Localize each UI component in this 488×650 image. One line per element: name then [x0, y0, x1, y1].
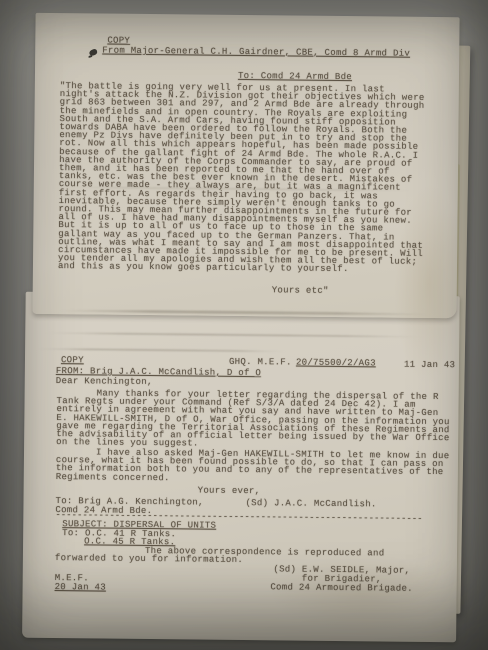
letter1-body: "The battle is going very well for us at… — [58, 82, 426, 274]
letter2-office: GHQ. M.E.F. — [229, 358, 292, 367]
bottom-date: 20 Jan 43 — [55, 583, 106, 592]
letter2-paragraph-2: I have also asked Maj-Gen HAKEWILL-SMITH… — [56, 448, 450, 485]
letter2-reference: 20/75500/2/AG3 — [296, 359, 376, 368]
letter1-to-line: To: Comd 24 Armd Bde — [238, 72, 352, 81]
forwarding-note: The above correspondence is reproduced a… — [55, 546, 437, 566]
letter2-signed-line: (Sd) J.A.C. McCandlish. — [245, 499, 376, 509]
letter1-copy-label: COPY — [107, 37, 130, 45]
letter2-date: 11 Jan 43 — [404, 361, 455, 370]
letter2-salutation: Dear Kenchington, — [56, 377, 153, 386]
letter2-paragraph-1: Many thanks for your letter regarding th… — [56, 389, 451, 451]
letter2-signoff: Yours ever, — [198, 487, 261, 496]
letter1-signoff: Yours etc" — [272, 286, 329, 295]
signature-unit: Comd 24 Armoured Brigade. — [247, 583, 437, 594]
photo-of-documents: COPY From Major-General C.H. Gairdner, C… — [0, 0, 488, 650]
signature-block: (Sd) E.W. SEIDLE, Major, for Brigadier, … — [247, 565, 437, 595]
paper-stack: COPY From Major-General C.H. Gairdner, C… — [20, 10, 467, 647]
letter2-copy-label: COPY — [61, 356, 84, 364]
distribution-line-2: O.C. 45 R Tanks. — [84, 537, 175, 546]
